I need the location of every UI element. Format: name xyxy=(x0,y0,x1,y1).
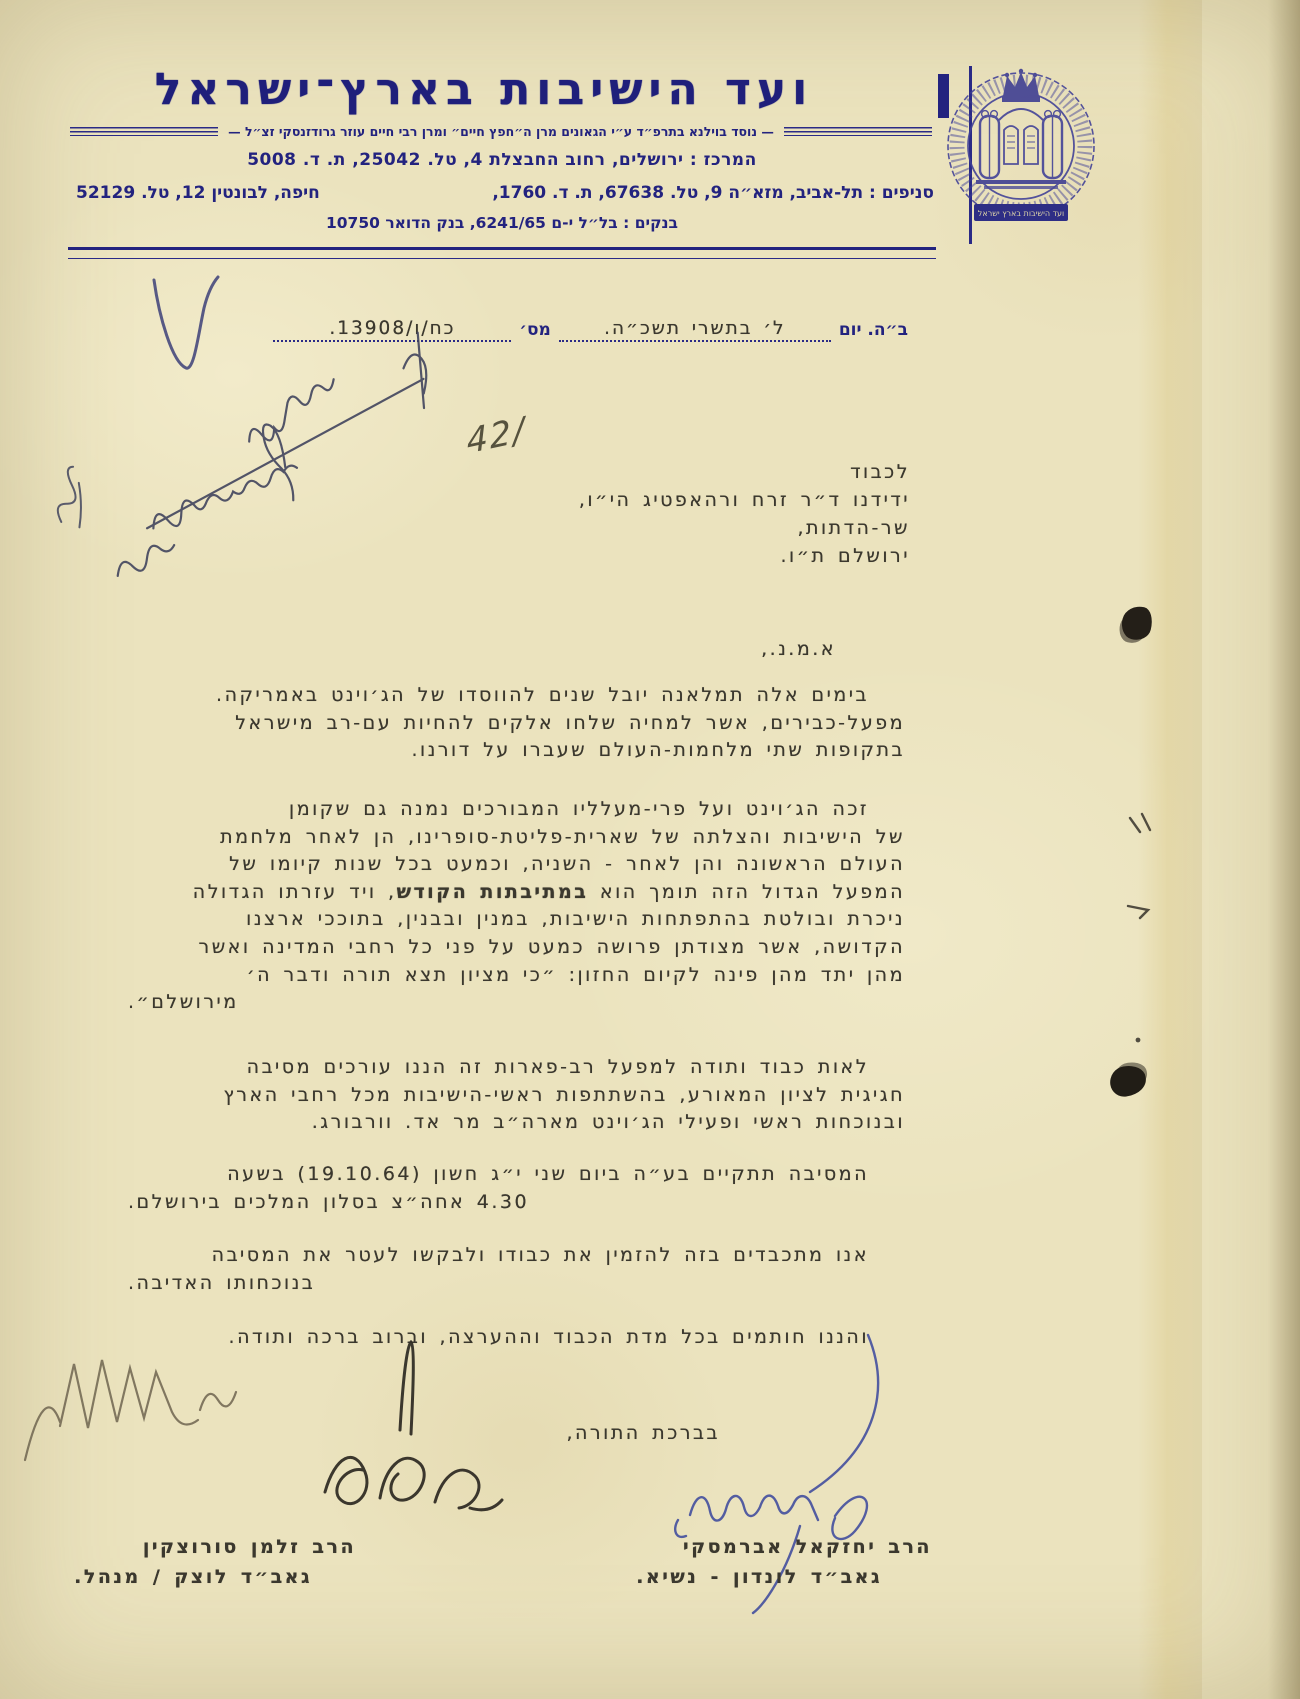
body-line: הקדושה, אשר מצודתן פרושה כמעט על פני כל … xyxy=(128,934,905,962)
body-line: מפעל-כבירים, אשר למחיה שלחו אלקים להחיות… xyxy=(128,710,905,738)
scan-right-edge xyxy=(1268,0,1300,1699)
paragraph-2: זכה הג׳וינט ועל פרי-מעלליו המבורכים נמנה… xyxy=(128,796,905,1017)
signer-role: גאב״ד לונדון - נשיא. xyxy=(630,1562,932,1592)
margin-marks xyxy=(1118,810,1168,1050)
rule-right xyxy=(70,127,218,136)
header-bottom-rule xyxy=(68,247,936,259)
signer-name: הרב יחזקאל אברמסקי xyxy=(630,1532,932,1562)
paragraph-3: לאות כבוד ותודה למפעל רב-פארות זה הננו ע… xyxy=(128,1054,905,1137)
salutation: א.מ.נ., xyxy=(128,636,872,664)
body-line: של הישיבות והצלתה של שארית-פליטת-סופרינו… xyxy=(128,824,905,852)
body-line: ובנוכחות ראשי ופעילי הג׳וינט מארה״ב מר א… xyxy=(128,1109,905,1137)
signature-left-block: הרב זלמן סורוצקין גאב״ד לוצק / מנהל. xyxy=(90,1532,356,1592)
body-line: בתקופות שתי מלחמות-העולם שעברו על דורנו. xyxy=(128,737,905,765)
founders-line: — נוסד בוילנא בתרפ״ד ע״י הגאונים מרן ה״ח… xyxy=(228,124,774,139)
recipient-line: לכבוד xyxy=(579,458,910,486)
signature-right-block: הרב יחזקאל אברמסקי גאב״ד לונדון - נשיא. xyxy=(630,1532,932,1592)
banks-line: בנקים : בל״ל י-ם 6241/65, בנק הדואר 1075… xyxy=(72,214,932,232)
organization-seal-logo: ועד הישיבות בארץ ישראל xyxy=(928,64,1114,232)
letterhead-title: ועד הישיבות בארץ־ישראל xyxy=(78,64,890,118)
signer-name: הרב זלמן סורוצקין xyxy=(90,1532,356,1562)
recipient-line: ירושלם ת״ו. xyxy=(579,542,910,570)
body-line: העולם הראשונה והן לאחר - השניה, וכמעט בכ… xyxy=(128,851,905,879)
bold-phrase: במתיבתות הקודש xyxy=(397,881,589,903)
rule-left xyxy=(784,127,932,136)
bh-day-label: ב״ה. יום xyxy=(839,320,908,342)
body-line: זכה הג׳וינט ועל פרי-מעלליו המבורכים נמנה… xyxy=(128,796,905,824)
dateline-row: ב״ה. יום ל׳ בתשרי תשכ״ה. מס׳ כח/ו/13908. xyxy=(248,318,908,342)
founders-rule-row: — נוסד בוילנא בתרפ״ד ע״י הגאונים מרן ה״ח… xyxy=(70,124,932,139)
letter-number-field: כח/ו/13908. xyxy=(273,318,511,342)
branches-line: סניפים : תל-אביב, מזא״ה 9, טל. 67638, ת.… xyxy=(76,183,934,203)
signer-role: גאב״ד לוצק / מנהל. xyxy=(90,1562,356,1592)
body-line: 4.30 אחה״צ בסלון המלכים בירושלם. xyxy=(128,1189,905,1217)
signature-left-scribble-dark xyxy=(285,1330,535,1545)
body-line: אנו מתכבדים בזה להזמין את כבודו ולבקשו ל… xyxy=(128,1242,905,1270)
branch-haifa: חיפה, לבונטין 12, טל. 52129 xyxy=(76,183,320,203)
body-line: לאות כבוד ותודה למפעל רב-פארות זה הננו ע… xyxy=(128,1054,905,1082)
recipient-line: שר-הדתות, xyxy=(579,514,910,542)
signature-left-scribble-light xyxy=(20,1310,310,1505)
body-line: בימים אלה תמלאנה יובל שנים להווסדו של הג… xyxy=(128,682,905,710)
body-line: ניכרת ובולטת בהתפתחות הישיבות, במנין ובב… xyxy=(128,906,905,934)
paragraph-4: המסיבה תתקיים בע״ה ביום שני י״ג חשון (19… xyxy=(128,1161,905,1216)
body-line: בנוכחותו האדיבה. xyxy=(128,1270,905,1298)
scanned-letter-page: ועד הישיבות בארץ־ישראל — נוסד בוילנא בתר… xyxy=(0,0,1300,1699)
body-line: חגיגית לציון המאורע, בהשתתפות ראשי-הישיב… xyxy=(128,1082,905,1110)
recipient-line: ידידנו ד״ר זרח ורהאפטיג הי״ו, xyxy=(579,486,910,514)
paragraph-1: בימים אלה תמלאנה יובל שנים להווסדו של הג… xyxy=(128,682,905,765)
body-line: מירושלם״. xyxy=(128,989,905,1017)
number-label: מס׳ xyxy=(519,320,550,342)
branch-telaviv: סניפים : תל-אביב, מזא״ה 9, טל. 67638, ת.… xyxy=(492,183,934,203)
body-line: המסיבה תתקיים בע״ה ביום שני י״ג חשון (19… xyxy=(128,1161,905,1189)
date-field: ל׳ בתשרי תשכ״ה. xyxy=(559,318,831,342)
paragraph-5: אנו מתכבדים בזה להזמין את כבודו ולבקשו ל… xyxy=(128,1242,905,1297)
handwritten-annotation-left-edge xyxy=(16,416,101,551)
body-line: המפעל הגדול הזה תומך הוא במתיבתות הקודש,… xyxy=(128,879,905,907)
body-line: מהן יתד מהן פינה לקיום החזון: ״כי מציון … xyxy=(128,962,905,990)
hq-address-line: המרכז : ירושלים, רחוב החבצלת 4, טל. 2504… xyxy=(72,150,932,170)
seal-caption: ועד הישיבות בארץ ישראל xyxy=(978,209,1064,218)
recipient-block: לכבוד ידידנו ד״ר זרח ורהאפטיג הי״ו, שר-ה… xyxy=(579,458,910,570)
